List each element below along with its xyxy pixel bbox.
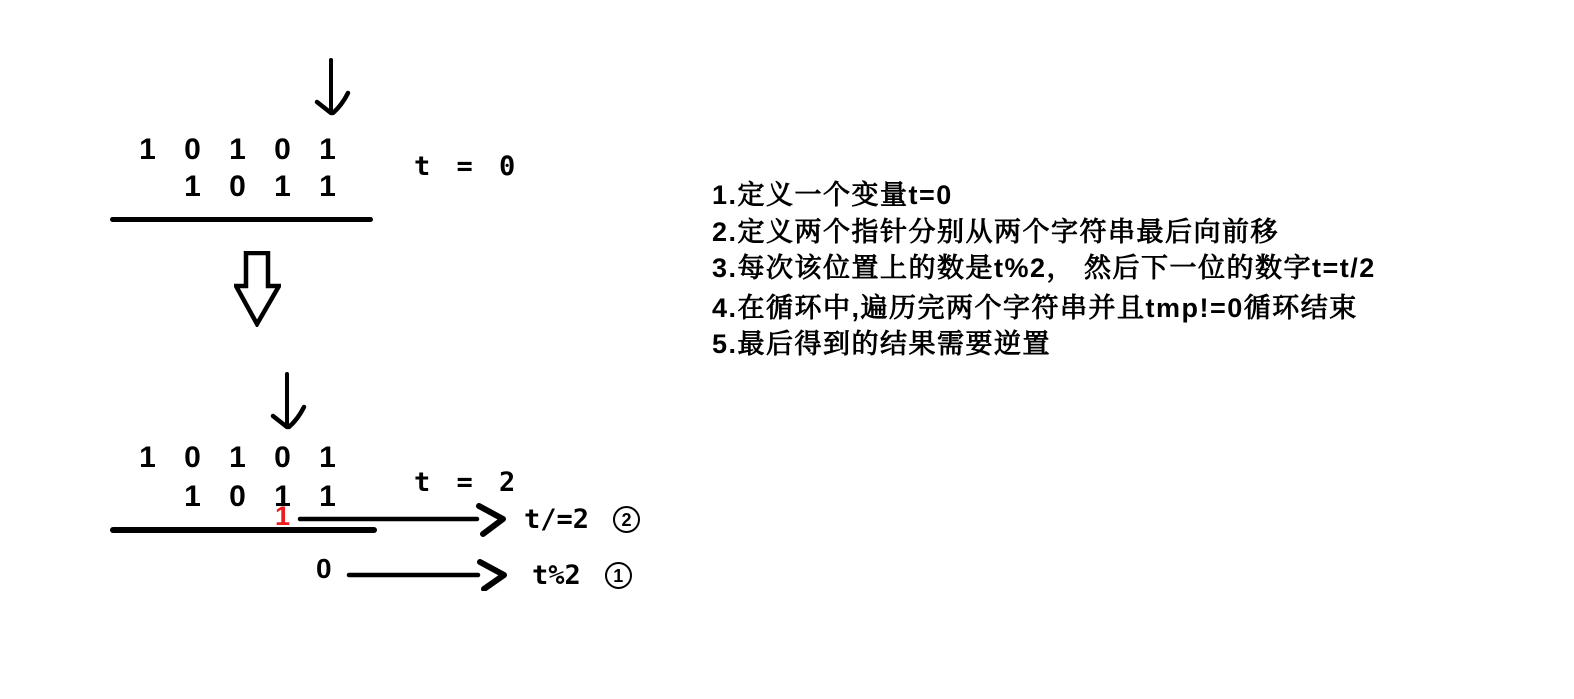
note-line-3: 3.每次该位置上的数是t%2， 然后下一位的数字t=t/2 bbox=[712, 250, 1376, 287]
note-line-2: 2.定义两个指针分别从两个字符串最后向前移 bbox=[712, 214, 1376, 251]
binary-row-top-2: 1 0 1 1 bbox=[170, 175, 350, 199]
note-line-4: 4.在循环中,遍历完两个字符串并且tmp!=0循环结束 bbox=[712, 290, 1376, 327]
digit: 0 bbox=[170, 446, 215, 470]
digit: 1 bbox=[170, 485, 215, 509]
big-down-arrow-icon bbox=[234, 251, 281, 327]
digit: 1 bbox=[215, 446, 260, 470]
t-value-label-top: t = 0 bbox=[414, 153, 520, 180]
note-line-1: 1.定义一个变量t=0 bbox=[712, 177, 1376, 214]
result-digit: 0 bbox=[316, 556, 332, 582]
right-arrow-icon bbox=[346, 558, 512, 591]
digit: 1 bbox=[305, 446, 350, 470]
digit: 1 bbox=[305, 175, 350, 199]
digit: 1 bbox=[305, 138, 350, 162]
digit: 1 bbox=[260, 175, 305, 199]
digit: 0 bbox=[170, 138, 215, 162]
circled-2-badge: 2 bbox=[613, 506, 640, 533]
right-arrow-icon bbox=[297, 502, 509, 537]
step-divide-row: t/=2 2 bbox=[524, 505, 640, 534]
step-divide-label: t/=2 bbox=[524, 505, 589, 534]
digit: 0 bbox=[215, 175, 260, 199]
digit: 0 bbox=[260, 446, 305, 470]
note-line-5: 5.最后得到的结果需要逆置 bbox=[712, 326, 1376, 363]
digit: 1 bbox=[170, 175, 215, 199]
digit: 1 bbox=[215, 138, 260, 162]
circled-1-badge: 1 bbox=[605, 562, 632, 589]
step-mod-row: t%2 1 bbox=[532, 561, 632, 590]
digit: 1 bbox=[125, 446, 170, 470]
step-mod-label: t%2 bbox=[532, 561, 581, 590]
digit: 0 bbox=[260, 138, 305, 162]
t-value-label-bottom: t = 2 bbox=[414, 469, 520, 496]
down-arrow-icon bbox=[268, 371, 310, 431]
binary-row-top-1: 1 0 1 0 1 bbox=[125, 138, 350, 162]
whiteboard-canvas: 1 0 1 0 1 1 0 1 1 t = 0 1 0 1 0 1 1 0 1 … bbox=[0, 0, 1574, 699]
digit: 0 bbox=[215, 485, 260, 509]
sum-line-top bbox=[110, 217, 373, 222]
digit: 1 bbox=[125, 138, 170, 162]
down-arrow-icon bbox=[312, 57, 354, 117]
algorithm-notes: 1.定义一个变量t=0 2.定义两个指针分别从两个字符串最后向前移 3.每次该位… bbox=[712, 177, 1376, 363]
binary-row-bottom-1: 1 0 1 0 1 bbox=[125, 446, 350, 470]
